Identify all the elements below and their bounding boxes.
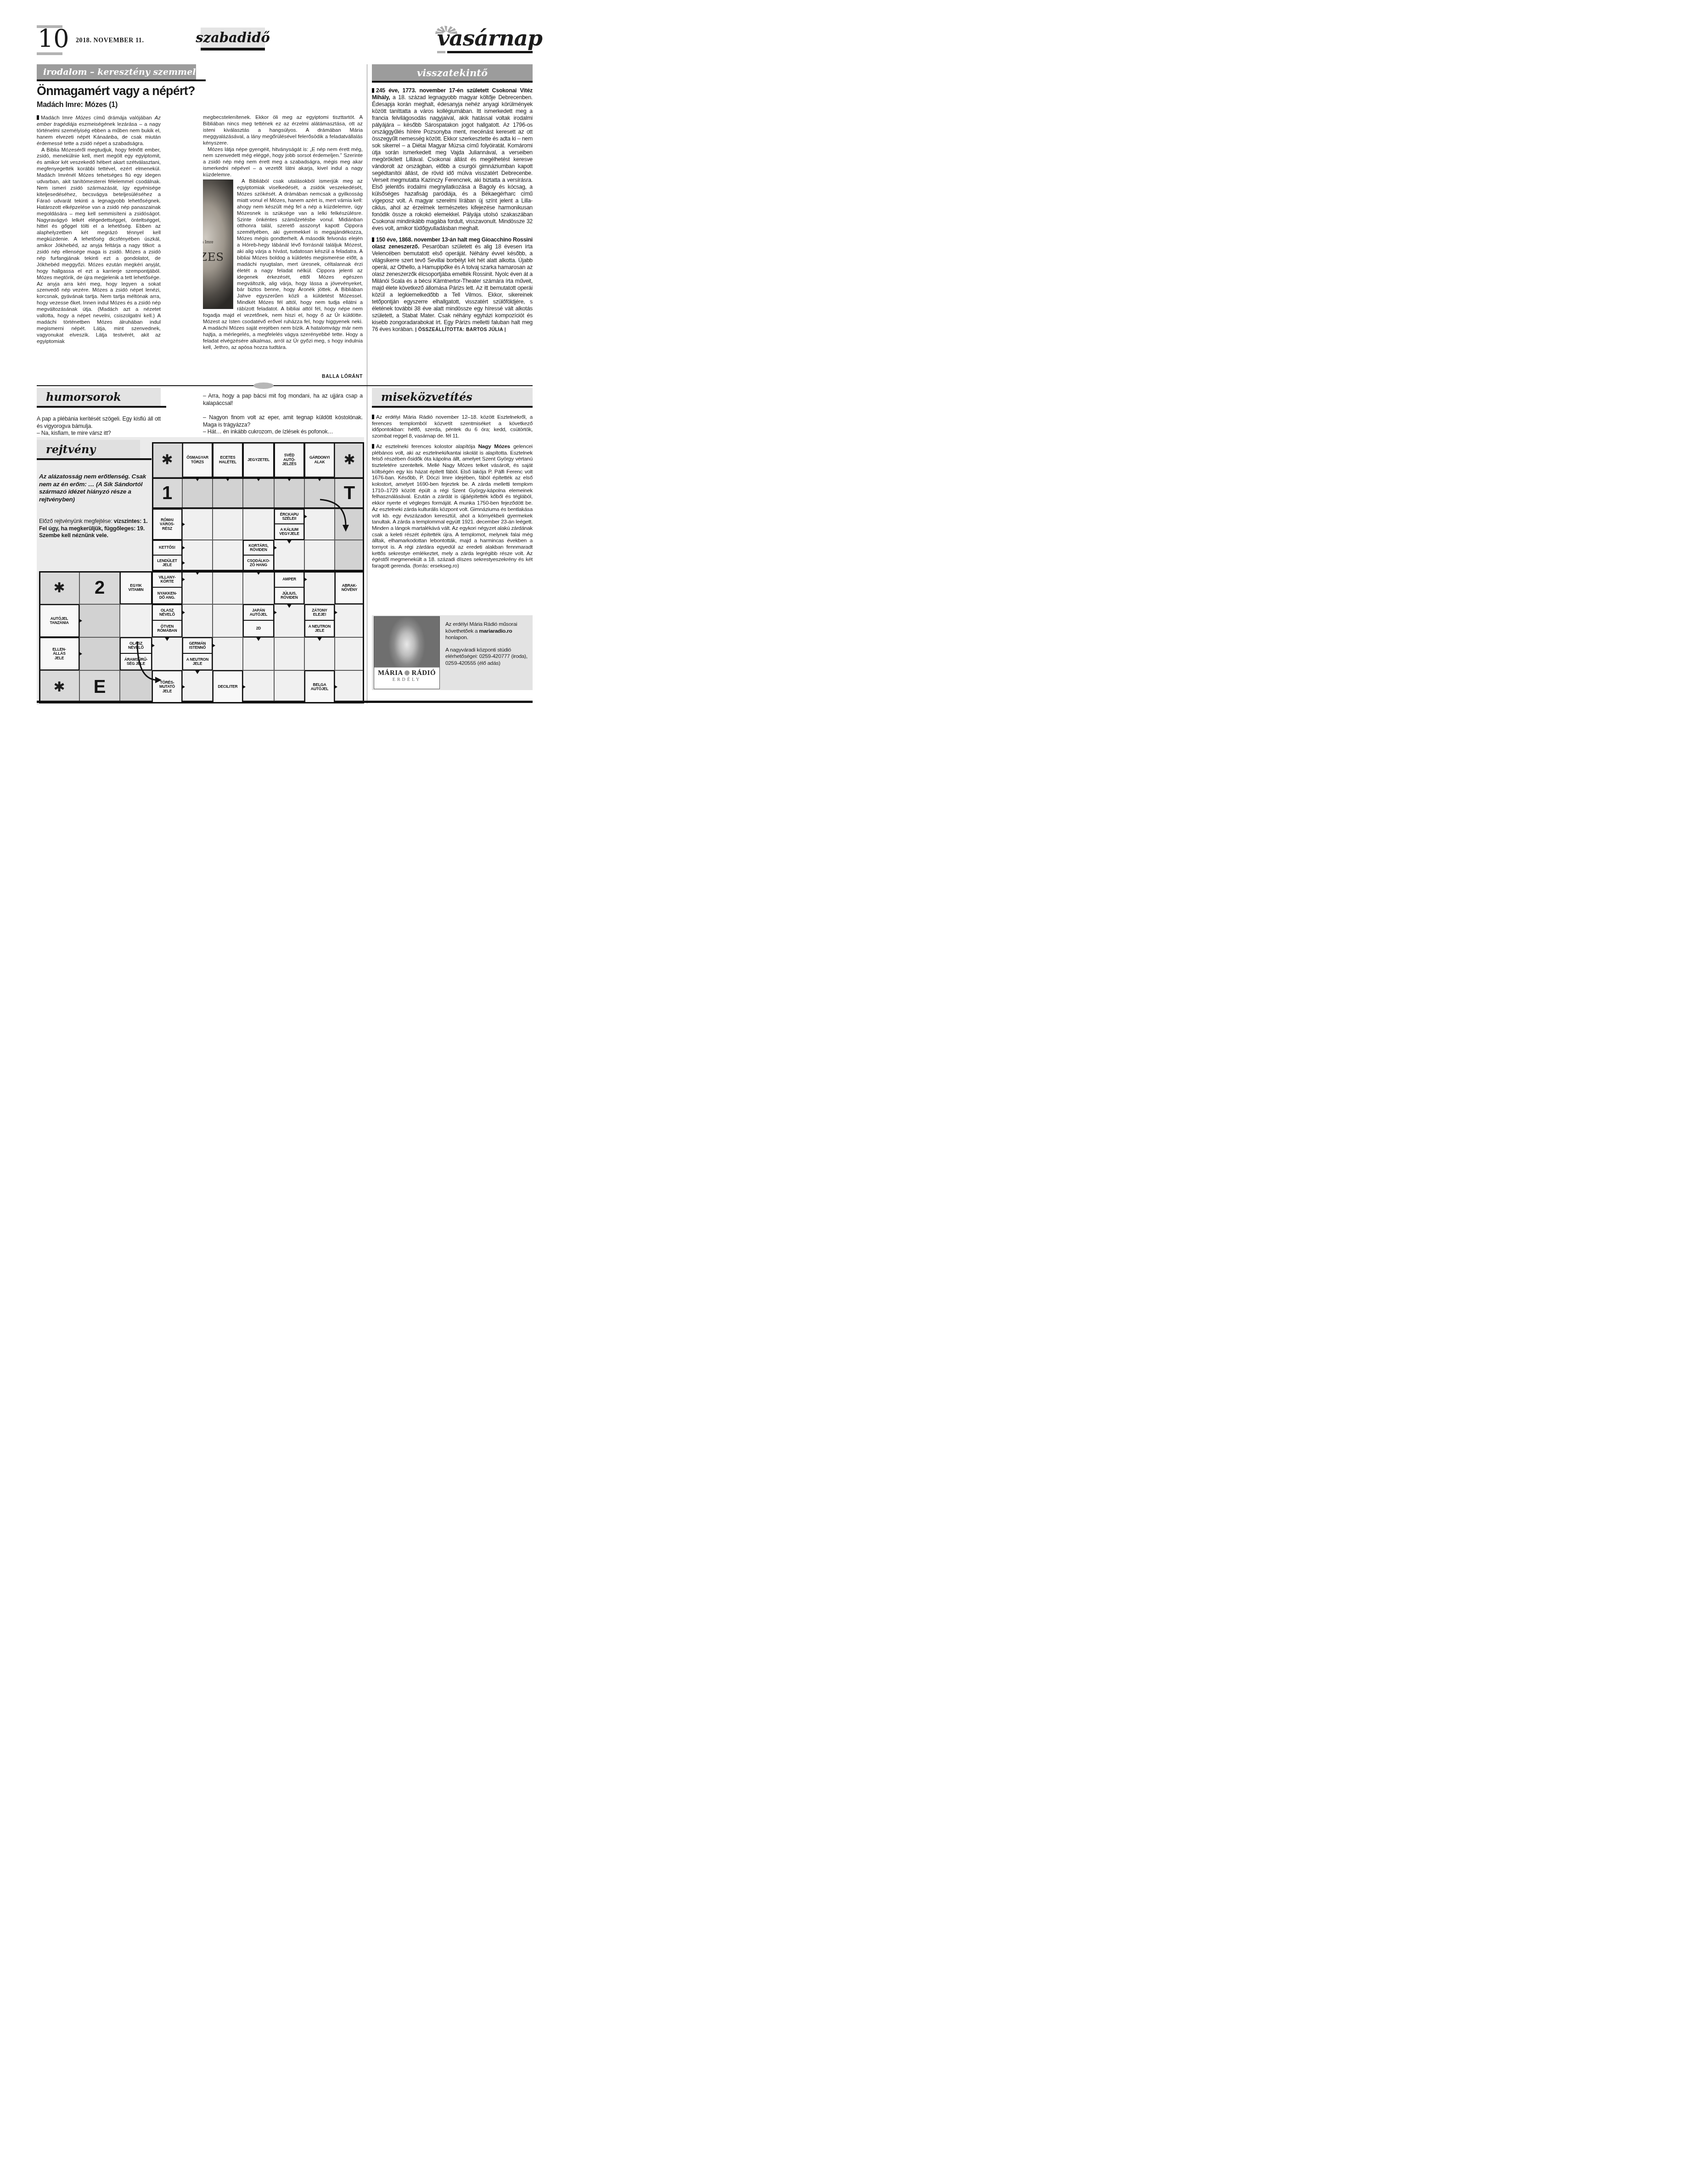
puzzle-answer-cell bbox=[335, 509, 364, 540]
arrow-down-icon bbox=[195, 478, 200, 481]
puzzle-answer-cell bbox=[243, 571, 274, 604]
puzzle-clue-cell: ELLEN- ÁLLÁS JELE bbox=[39, 637, 79, 670]
brand-underline-gray bbox=[437, 51, 445, 53]
arrow-down-icon bbox=[256, 637, 261, 641]
arrow-right-icon bbox=[303, 514, 307, 519]
puzzle-answer-cell bbox=[274, 604, 304, 637]
arrow-right-icon bbox=[181, 685, 185, 689]
photo-caption-title: MÓZES bbox=[203, 254, 224, 261]
section-label-box: szabadidő bbox=[201, 28, 265, 48]
puzzle-answer-cell bbox=[304, 478, 335, 509]
puzzle-answer-cell bbox=[304, 571, 335, 604]
puzzle-answer-cell bbox=[274, 637, 304, 670]
arrow-right-icon bbox=[151, 643, 155, 648]
puzzle-answer-cell bbox=[243, 509, 274, 540]
puzzle-answer-cell bbox=[274, 540, 304, 571]
issue-date: 2018. NOVEMBER 11. bbox=[76, 37, 144, 45]
puzzle-clue-cell: SVÉD AUTÓ- JELZÉS bbox=[274, 442, 304, 478]
anniversary-entry: 150 éve, 1868. november 13-án halt meg G… bbox=[372, 236, 533, 333]
arrow-right-icon bbox=[273, 545, 277, 550]
puzzle-answer-cell bbox=[213, 509, 243, 540]
book-cover-photo: Madách Imre MÓZES bbox=[203, 180, 233, 309]
arrow-right-icon bbox=[181, 545, 185, 550]
arrow-right-icon bbox=[303, 577, 307, 582]
puzzle-answer-cell bbox=[120, 670, 152, 703]
arrow-down-icon bbox=[287, 478, 292, 481]
puzzle-answer-cell bbox=[120, 604, 152, 637]
article-byline: BALLA LÓRÁNT bbox=[249, 374, 363, 379]
compiled-by-name: BARTOS JÚLIA bbox=[466, 327, 503, 332]
pagenum-bottom-bar bbox=[37, 52, 62, 55]
joke-line: – Arra, hogy a pap bácsi mit fog mondani… bbox=[203, 393, 363, 407]
radio-info-text: Az erdélyi Mária Rádió műsorai követhető… bbox=[445, 621, 529, 685]
radio-logo-name2: RÁDIÓ bbox=[412, 669, 436, 677]
arrow-down-icon bbox=[195, 670, 200, 674]
puzzle-clue-cell: OLASZ NÉVELŐÖTVEN RÓMÁBAN bbox=[152, 604, 182, 637]
arrow-down-icon bbox=[165, 637, 169, 641]
puzzle-answer-cell bbox=[79, 604, 120, 637]
puzzle-clue-cell: VILLANY- KÖRTENYAKKEN- DŐ ANG. bbox=[152, 571, 182, 604]
arrow-down-icon bbox=[256, 478, 261, 481]
puzzle-clue-cell: TÖRÉS- MUTATÓ JELE bbox=[152, 670, 182, 703]
arrow-down-icon bbox=[317, 478, 322, 481]
article-paragraph-with-photo: Madách Imre MÓZES A Bibliából csak utalá… bbox=[203, 179, 363, 351]
puzzle-header: rejtvény bbox=[37, 443, 96, 456]
paragraph-marker bbox=[37, 115, 39, 120]
humor-underline bbox=[37, 406, 166, 408]
arrow-right-icon bbox=[273, 610, 277, 615]
mise-body: Az erdélyi Mária Rádió november 12–18. k… bbox=[372, 414, 533, 612]
puzzle-clue-cell: ECETES HALÉTEL bbox=[213, 442, 243, 478]
puzzle-answer-cell bbox=[335, 604, 364, 637]
mise-underline bbox=[372, 406, 533, 408]
puzzle-answer-cell bbox=[182, 571, 213, 604]
puzzle-solution-letter-cell: 2 bbox=[79, 571, 120, 604]
puzzle-solution-letter-cell: T bbox=[335, 478, 364, 509]
photo-caption-author: Madách Imre bbox=[203, 239, 213, 246]
humor-header: humorsorok bbox=[37, 390, 121, 404]
puzzle-star-cell: ✱ bbox=[152, 442, 182, 478]
joke-line: – Na, kisfiam, te mire vársz itt? bbox=[37, 430, 161, 437]
article-kicker-underline bbox=[37, 79, 206, 81]
joke-line: A pap a plébánia kerítését szögeli. Egy … bbox=[37, 416, 161, 430]
puzzle-answer-cell bbox=[304, 540, 335, 571]
puzzle-clue-cell: AUTÓJEL TANZÁNIA bbox=[39, 604, 79, 637]
mise-paragraph: Az esztelneki ferences kolostor alapítój… bbox=[372, 444, 533, 569]
visszatekinto-header: visszatekintő bbox=[417, 67, 488, 79]
anniversary-entry: 245 éve, 1773. november 17-én született … bbox=[372, 87, 533, 232]
puzzle-clue-cell: DECILITER bbox=[213, 670, 243, 703]
puzzle-answer-cell bbox=[335, 540, 364, 571]
article-kicker: irodalom – keresztény szemmel bbox=[37, 67, 196, 77]
paragraph-marker bbox=[372, 237, 374, 242]
maria-radio-logo: MÁRIA RÁDIÓ ERDÉLY bbox=[374, 616, 440, 689]
arrow-down-icon bbox=[256, 571, 261, 575]
puzzle-clue-cell: KORTÁRS, RÖVIDENCSODÁLKO- ZÓ HANG bbox=[243, 540, 274, 571]
puzzle-clue-cell: GÁRDONYI ALAK bbox=[304, 442, 335, 478]
bottom-rule bbox=[37, 701, 533, 703]
article-kicker-bar: irodalom – keresztény szemmel bbox=[37, 64, 196, 79]
puzzle-clue-cell: ABRAK- NÖVÉNY bbox=[335, 571, 364, 604]
compiled-by-end: | bbox=[503, 327, 506, 332]
arrow-right-icon bbox=[181, 561, 185, 565]
puzzle-answer-cell bbox=[274, 670, 304, 703]
puzzle-answer-cell bbox=[213, 604, 243, 637]
puzzle-clue-cell: ŐSMAGYAR TÖRZS bbox=[182, 442, 213, 478]
brand-underline-black bbox=[447, 51, 533, 53]
puzzle-answer-cell bbox=[213, 571, 243, 604]
puzzle-answer-cell bbox=[152, 637, 182, 670]
arrow-down-icon bbox=[195, 571, 200, 575]
puzzle-bar: rejtvény bbox=[37, 440, 140, 458]
middle-rule bbox=[37, 385, 533, 386]
mise-header: miseközvetítés bbox=[372, 390, 472, 404]
radio-phone-line: A nagyváradi központi stúdió elérhetőség… bbox=[445, 646, 529, 667]
puzzle-clue-cell: BELGA AUTÓJEL bbox=[304, 670, 335, 703]
paragraph-marker bbox=[372, 444, 374, 449]
humor-deco-ellipse bbox=[253, 382, 274, 389]
puzzle-answer-cell bbox=[243, 637, 274, 670]
puzzle-star-cell: ✱ bbox=[39, 670, 79, 703]
article-column-2: megbecstelenítenek. Ekkor öli meg az egy… bbox=[203, 115, 363, 372]
puzzle-clue-cell: ÉRCKAPU SZÉLEI!A KÁLIUM VEGYJELE bbox=[274, 509, 304, 540]
article-paragraph: megbecstelenítenek. Ekkor öli meg az egy… bbox=[203, 115, 363, 147]
puzzle-answer-cell bbox=[335, 637, 364, 670]
puzzle-answer-cell bbox=[274, 478, 304, 509]
article-lead-paragraph: Madách Imre Mózes című drámája valójában… bbox=[37, 115, 161, 147]
radio-info-box: MÁRIA RÁDIÓ ERDÉLY Az erdélyi Mária Rádi… bbox=[372, 615, 533, 690]
paragraph-marker bbox=[372, 415, 374, 419]
puzzle-answer-cell bbox=[182, 509, 213, 540]
puzzle-clue-cell: AMPERJÚLIUS, RÖVIDEN bbox=[274, 571, 304, 604]
puzzle-clue-cell: EGYIK VITAMIN bbox=[120, 571, 152, 604]
puzzle-answer-cell bbox=[335, 670, 364, 703]
radio-web-line: Az erdélyi Mária Rádió műsorai követhető… bbox=[445, 621, 529, 641]
mise-paragraph: Az erdélyi Mária Rádió november 12–18. k… bbox=[372, 414, 533, 439]
puzzle-answer-cell bbox=[243, 478, 274, 509]
joke-line: – Hát… én inkább cukrozom, de ízlések és… bbox=[203, 428, 363, 436]
radio-logo-name: MÁRIA bbox=[378, 669, 403, 677]
arrow-right-icon bbox=[212, 643, 215, 648]
arrow-right-icon bbox=[181, 610, 185, 615]
puzzle-clue-cell: GERMÁN ISTENNŐA NEUTRON JELE bbox=[182, 637, 213, 670]
brand-logo: vasárnap bbox=[437, 28, 542, 49]
puzzle-answer-cell bbox=[182, 478, 213, 509]
paragraph-marker bbox=[372, 88, 374, 93]
section-label-underline bbox=[201, 48, 265, 51]
puzzle-quote: Az alázatosság nem erőtlenség. Csak nem … bbox=[39, 473, 148, 503]
puzzle-clue-cell: ZÁTONY ELEJE!A NEUTRON JELE bbox=[304, 604, 335, 637]
puzzle-solution-letter-cell: 1 bbox=[152, 478, 182, 509]
puzzle-answer-cell bbox=[304, 637, 335, 670]
puzzle-star-cell: ✱ bbox=[39, 571, 79, 604]
visszatekinto-bar: visszatekintő bbox=[372, 64, 533, 81]
article-subtitle: Madách Imre: Mózes (1) bbox=[37, 101, 230, 109]
arrow-down-icon bbox=[225, 478, 230, 481]
arrow-right-icon bbox=[181, 577, 185, 582]
arrow-down-icon bbox=[287, 540, 292, 544]
article-column-1: Madách Imre Mózes című drámája valójában… bbox=[37, 115, 161, 383]
puzzle-answer-cell bbox=[304, 509, 335, 540]
radio-logo-region: ERDÉLY bbox=[374, 677, 439, 682]
arrow-right-icon bbox=[79, 652, 82, 656]
humor-bar: humorsorok bbox=[37, 388, 161, 406]
arrow-right-icon bbox=[242, 685, 246, 689]
puzzle-solution-letter-cell: E bbox=[79, 670, 120, 703]
puzzle-clue-cell: OLASZ NÉVELŐÁRAMSŰRŰ- SÉG JELE bbox=[120, 637, 152, 670]
joke-line: – Nagyon finom volt az eper, amit tegnap… bbox=[203, 414, 363, 428]
page-number: 10 bbox=[38, 27, 69, 51]
puzzle-previous-solution: Előző rejtvényünk megfejtése: vízszintes… bbox=[39, 518, 148, 539]
puzzle-answer-cell bbox=[243, 670, 274, 703]
puzzle-answer-cell bbox=[182, 540, 213, 571]
maria-radio-logo-picture bbox=[374, 617, 439, 668]
arrow-right-icon bbox=[79, 618, 82, 623]
globe-icon bbox=[405, 670, 410, 675]
puzzle-star-cell: ✱ bbox=[335, 442, 364, 478]
visszatekinto-underline bbox=[372, 81, 533, 83]
visszatekinto-body: 245 éve, 1773. november 17-én született … bbox=[372, 87, 533, 383]
compiled-by-label: | ÖSSZEÁLLÍTOTTA: bbox=[415, 327, 466, 332]
arrow-right-icon bbox=[334, 685, 337, 689]
arrow-right-icon bbox=[334, 610, 337, 615]
puzzle-clue-cell: KETTŐS!LENDÜLET JELE bbox=[152, 540, 182, 571]
puzzle-answer-cell bbox=[79, 637, 120, 670]
puzzle-underline bbox=[37, 458, 152, 460]
puzzle-clue-cell: JEGYZETEL bbox=[243, 442, 274, 478]
mise-bar: miseközvetítés bbox=[372, 388, 533, 406]
puzzle-answer-cell bbox=[213, 478, 243, 509]
arrow-down-icon bbox=[317, 637, 322, 641]
puzzle-clue-cell: RÓMAI VÁROS- RÉSZ bbox=[152, 509, 182, 540]
puzzle-answer-cell bbox=[182, 604, 213, 637]
article-paragraph: Mózes látja népe gyengéit, hitványságát … bbox=[203, 147, 363, 179]
article-title: Önmagamért vagy a népért? bbox=[37, 84, 230, 97]
newspaper-page: { "page": { "number": "10", "date": "201… bbox=[0, 0, 569, 723]
puzzle-answer-cell bbox=[182, 670, 213, 703]
section-label: szabadidő bbox=[196, 30, 270, 45]
column-divider bbox=[367, 64, 367, 703]
puzzle-clue-cell: JAPÁN AUTÓJEL2D bbox=[243, 604, 274, 637]
arrow-right-icon bbox=[181, 522, 185, 527]
puzzle-answer-cell bbox=[213, 637, 243, 670]
arrow-down-icon bbox=[287, 604, 292, 608]
article-paragraph: A Biblia Mózeséről megtudjuk, hogy felnő… bbox=[37, 147, 161, 345]
puzzle-answer-cell bbox=[213, 540, 243, 571]
